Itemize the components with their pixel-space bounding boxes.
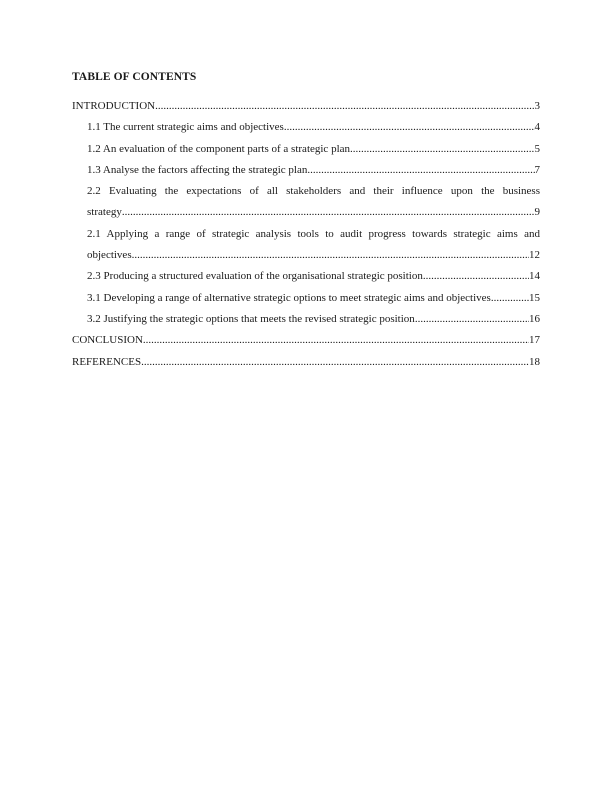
toc-entry-1-1[interactable]: 1.1 The current strategic aims and objec…	[72, 117, 540, 138]
dot-leader	[141, 352, 529, 373]
toc-page-number: 16	[529, 309, 540, 330]
toc-entry-title: 2.3 Producing a structured evaluation of…	[87, 266, 423, 287]
toc-page-number: 4	[535, 117, 541, 138]
table-of-contents: INTRODUCTION3 1.1 The current strategic …	[72, 96, 540, 373]
toc-entry-title: 1.2 An evaluation of the component parts…	[87, 139, 350, 160]
dot-leader	[122, 202, 535, 223]
toc-entry-title: 2.1 Applying a range of strategic analys…	[87, 224, 540, 245]
dot-leader	[423, 266, 529, 287]
toc-entry-2-3[interactable]: 2.3 Producing a structured evaluation of…	[72, 266, 540, 287]
toc-page-number: 9	[535, 202, 541, 223]
toc-heading: TABLE OF CONTENTS	[72, 71, 196, 83]
dot-leader	[284, 117, 535, 138]
toc-page-number: 15	[529, 288, 540, 309]
toc-entry-references[interactable]: REFERENCES18	[72, 352, 540, 373]
toc-entry-2-1-line2[interactable]: objectives12	[72, 245, 540, 266]
dot-leader	[143, 330, 529, 351]
dot-leader	[491, 288, 529, 309]
toc-entry-1-2[interactable]: 1.2 An evaluation of the component parts…	[72, 139, 540, 160]
dot-leader	[415, 309, 529, 330]
dot-leader	[155, 96, 534, 117]
toc-entry-title-continued: objectives	[87, 245, 132, 266]
toc-entry-title: REFERENCES	[72, 352, 141, 373]
toc-page-number: 7	[535, 160, 541, 181]
toc-entry-2-1-line1[interactable]: 2.1 Applying a range of strategic analys…	[72, 224, 540, 245]
toc-entry-title: 2.2 Evaluating the expectations of all s…	[87, 181, 540, 202]
toc-entry-title-continued: strategy	[87, 202, 122, 223]
toc-entry-3-1[interactable]: 3.1 Developing a range of alternative st…	[72, 288, 540, 309]
toc-page-number: 3	[535, 96, 541, 117]
toc-entry-title: CONCLUSION	[72, 330, 143, 351]
dot-leader	[350, 139, 534, 160]
toc-entry-title: 1.3 Analyse the factors affecting the st…	[87, 160, 307, 181]
toc-page-number: 18	[529, 352, 540, 373]
toc-entry-2-2-line1[interactable]: 2.2 Evaluating the expectations of all s…	[72, 181, 540, 202]
toc-entry-title: INTRODUCTION	[72, 96, 155, 117]
toc-entry-title: 3.2 Justifying the strategic options tha…	[87, 309, 415, 330]
toc-entry-3-2[interactable]: 3.2 Justifying the strategic options tha…	[72, 309, 540, 330]
toc-entry-1-3[interactable]: 1.3 Analyse the factors affecting the st…	[72, 160, 540, 181]
toc-entry-title: 3.1 Developing a range of alternative st…	[87, 288, 491, 309]
toc-entry-title: 1.1 The current strategic aims and objec…	[87, 117, 284, 138]
toc-page-number: 17	[529, 330, 540, 351]
toc-entry-2-2-line2[interactable]: strategy9	[72, 202, 540, 223]
toc-page-number: 14	[529, 266, 540, 287]
dot-leader	[132, 245, 529, 266]
toc-page-number: 12	[529, 245, 540, 266]
toc-page-number: 5	[535, 139, 541, 160]
document-page: TABLE OF CONTENTS INTRODUCTION3 1.1 The …	[0, 0, 612, 792]
toc-entry-introduction[interactable]: INTRODUCTION3	[72, 96, 540, 117]
dot-leader	[307, 160, 534, 181]
toc-entry-conclusion[interactable]: CONCLUSION17	[72, 330, 540, 351]
